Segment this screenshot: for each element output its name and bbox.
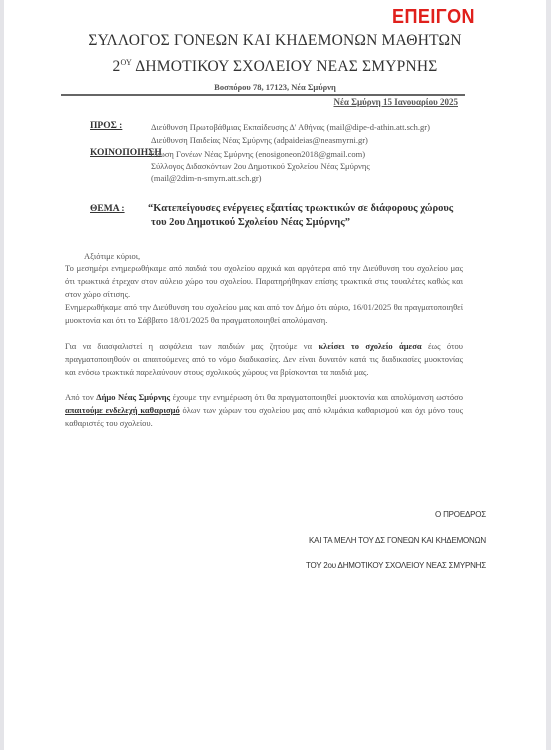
paragraph-4-demand: απαιτούμε ενδελεχή καθαρισμό: [65, 405, 180, 415]
urgent-logo: ΕΠΕΙΓΟΝ: [392, 6, 475, 29]
to-label: ΠΡΟΣ :: [90, 121, 122, 131]
letterhead-school: 2ΟΥ ΔΗΜΟΤΙΚΟΥ ΣΧΟΛΕΙΟΥ ΝΕΑΣ ΣΜΥΡΝΗΣ: [6, 58, 544, 76]
cc-recipient: : Ένωση Γονέων Νέας Σμύρνης (enosigoneon…: [145, 149, 365, 159]
paragraph-2: Ενημερωθήκαμε από την Διεύθυνση του σχολ…: [65, 301, 463, 327]
paragraph-3-start: Για να διασφαλιστεί η ασφάλεια των παιδι…: [65, 341, 318, 351]
paragraph-3-emphasis: κλείσει το σχολείο άμεσα: [318, 341, 421, 351]
viewer-right-edge: [546, 0, 551, 750]
signature-school: ΤΟΥ 2ου ΔΗΜΟΤΙΚΟΥ ΣΧΟΛΕΙΟΥ ΝΕΑΣ ΣΜΥΡΝΗΣ: [306, 561, 486, 570]
to-recipient: Διεύθυνση Πρωτοβάθμιας Εκπαίδευσης Δ' Αθ…: [151, 122, 430, 132]
paragraph-2-text: Ενημερωθήκαμε από την Διεύθυνση του σχολ…: [65, 301, 463, 327]
letterhead-title: ΣΥΛΛΟΓΟΣ ΓΟΝΕΩΝ ΚΑΙ ΚΗΔΕΜΟΝΩΝ ΜΑΘΗΤΩΝ: [6, 32, 544, 50]
paragraph-4-start: Από τον: [65, 392, 96, 402]
cc-recipient: Σύλλογος Διδασκόντων 2ου Δημοτικού Σχολε…: [151, 161, 370, 171]
to-recipient: Διεύθυνση Παιδείας Νέας Σμύρνης (adpaide…: [151, 135, 368, 145]
subject-text: “Κατεπείγουσες ενέργειες εξαιτίας τρωκτι…: [148, 202, 453, 230]
viewer-left-edge: [0, 0, 4, 750]
paragraph-1-text: Το μεσημέρι ενημερωθήκαμε από παιδιά του…: [65, 262, 463, 301]
document-page: ΕΠΕΙΓΟΝ ΣΥΛΛΟΓΟΣ ΓΟΝΕΩΝ ΚΑΙ ΚΗΔΕΜΟΝΩΝ ΜΑ…: [6, 0, 544, 750]
letterhead-divider: [61, 94, 465, 96]
letterhead-school-name: ΔΗΜΟΤΙΚΟΥ ΣΧΟΛΕΙΟΥ ΝΕΑΣ ΣΜΥΡΝΗΣ: [132, 58, 437, 75]
cc-recipient: (mail@2dim-n-smyrn.att.sch.gr): [151, 173, 262, 183]
subject-line-2: του 2ου Δημοτικού Σχολείου Νέας Σμύρνης”: [148, 216, 453, 230]
paragraph-4-middle: έχουμε την ενημέρωση ότι θα πραγματοποιη…: [170, 392, 463, 402]
signature-board: ΚΑΙ ΤΑ ΜΕΛΗ ΤΟΥ ΔΣ ΓΟΝΕΩΝ ΚΑΙ ΚΗΔΕΜΟΝΩΝ: [309, 536, 486, 545]
letter-date: Νέα Σμύρνη 15 Ιανουαρίου 2025: [334, 97, 459, 107]
letterhead-address: Βοσπόρου 78, 17123, Νέα Σμύρνη: [6, 82, 544, 92]
paragraph-1: Το μεσημέρι ενημερωθήκαμε από παιδιά του…: [65, 262, 463, 301]
subject-line-1: “Κατεπείγουσες ενέργειες εξαιτίας τρωκτι…: [148, 202, 453, 216]
paragraph-3: Για να διασφαλιστεί η ασφάλεια των παιδι…: [65, 340, 463, 379]
paragraph-4-municipality: Δήμο Νέας Σμύρνης: [96, 392, 170, 402]
subject-label: ΘΕΜΑ :: [90, 204, 125, 214]
paragraph-4: Από τον Δήμο Νέας Σμύρνης έχουμε την ενη…: [65, 391, 463, 430]
letterhead-school-sup: ΟΥ: [120, 58, 132, 67]
signature-president: Ο ΠΡΟΕΔΡΟΣ: [435, 510, 486, 519]
